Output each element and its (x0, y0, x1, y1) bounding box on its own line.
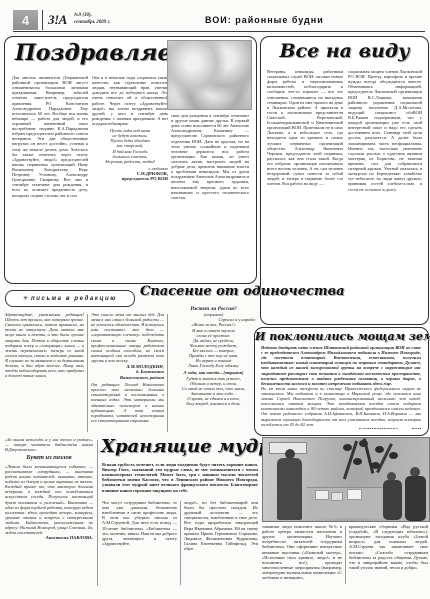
article-all-in-view: Все на виду Ветераны, инвалиды, работник… (260, 36, 429, 325)
all-in-view-col1: Ветераны, инвалиды, работники социальных… (267, 69, 343, 317)
letter1-col2: Это спасло меня от многих бед. Для меня … (91, 312, 164, 434)
relics-byline: В.ВИНИДИКТОВА, член ВОИ (261, 427, 421, 429)
relics-headline: И поклонились мощам земляка (255, 330, 428, 343)
congrats-col2: Она и в немалые годы сохранила такие кач… (92, 75, 168, 277)
library-event-photo (262, 437, 430, 522)
wisdom-col2: люди!», но без библиотекарей они были бы… (184, 500, 258, 587)
header-divider (42, 10, 43, 30)
newspaper-logo: З!А (48, 12, 67, 28)
page-number: 4 (13, 10, 38, 30)
congrats-poem: Пусть годы над вами не будут властны, Пу… (92, 128, 168, 164)
bouquet-subtitle: Букет из пазлов (5, 454, 93, 461)
wisdom-col4: краеведческие сборники «Над русской усад… (349, 524, 428, 587)
column-rule (167, 314, 168, 432)
issue-date: №9 (30), сентябрь 2009 г. (74, 13, 110, 26)
congrats-col3: свои дни рождения в сентябре отмечают и … (171, 113, 249, 277)
column-rule (97, 440, 98, 586)
column-rule (180, 501, 181, 585)
congrats-col1: Для многих активистов Дзержинской районн… (12, 75, 88, 277)
roses-photo (167, 40, 252, 110)
column-rule (87, 314, 88, 432)
poem2-text: Гудят и мчатся так устало, Обогнав и вет… (171, 376, 256, 407)
wisdom-intro: Всякая грубость исчезнет, если люди ежед… (102, 462, 258, 498)
wisdom-col3: зованные люди помогают школе №6, в работ… (262, 524, 342, 587)
letters-section-label: ✳ письма в редакцию (5, 290, 135, 307)
asterisk-icon: ✳ (23, 295, 28, 302)
bouquet-byline: Анастасия ПАВЛОВА. (5, 535, 93, 540)
header-rule (13, 31, 425, 32)
article-relics: И поклонились мощам земляка Недавно двад… (254, 327, 429, 436)
all-in-view-headline: Все на виду (261, 40, 428, 62)
wisdom-col1: Что могут сотрудники библиотеки, то они … (102, 500, 177, 587)
relics-body: Недавно двадцать пять членов Шатковской … (261, 345, 421, 429)
poem1-text: «Жива ли ты, Россия?» И мне в ответ звуч… (171, 322, 256, 368)
poem2-title: А годы, как поезда... (отрывок) (171, 370, 256, 375)
newspaper-page: 4 З!А №9 (30), сентябрь 2009 г. ВОИ: рай… (0, 0, 430, 599)
exhibit-item (315, 490, 329, 500)
section-title: ВОИ: районные будни (205, 15, 365, 25)
exhibit-item (347, 489, 362, 500)
column-rule (345, 526, 346, 584)
letter1-col1: Здравствуйте, уважаемая редакция! Шесть … (5, 312, 84, 434)
poems-column: Растет ли Россия? (отрывок) Спросил я у … (171, 306, 256, 434)
letter1-signature: Л.М.МОЛОДКИН, д. Бахтызино Вознесенского… (91, 364, 164, 380)
exhibit-item (331, 492, 343, 501)
letters-headline: Спасение от одиночества (140, 284, 345, 299)
all-in-view-col2: социальная защита членов Лысковской РО В… (348, 69, 422, 317)
editors-note: От редакции: Леонид Николаевич прислал н… (91, 382, 164, 423)
letter2-column: «За окном непогода, а у нас тепло и уютн… (5, 437, 93, 587)
